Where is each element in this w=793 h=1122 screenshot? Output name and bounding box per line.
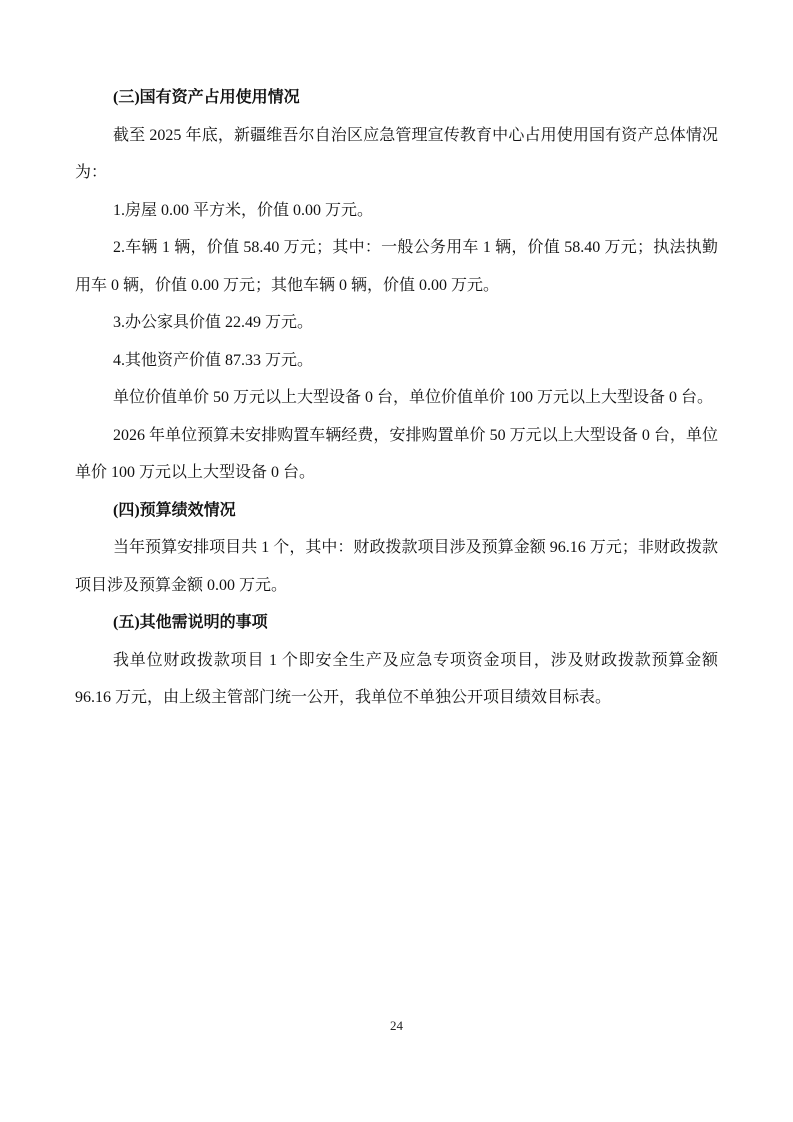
paragraph-vehicles: 2.车辆 1 辆，价值 58.40 万元；其中：一般公务用车 1 辆，价值 58…	[75, 229, 718, 304]
document-page: (三)国有资产占用使用情况 截至 2025 年底，新疆维吾尔自治区应急管理宣传教…	[0, 0, 793, 1122]
paragraph-office-furniture: 3.办公家具价值 22.49 万元。	[75, 304, 718, 342]
section-heading-state-assets: (三)国有资产占用使用情况	[75, 79, 718, 117]
paragraph-other-assets: 4.其他资产价值 87.33 万元。	[75, 342, 718, 380]
paragraph-assets-intro: 截至 2025 年底，新疆维吾尔自治区应急管理宣传教育中心占用使用国有资产总体情…	[75, 117, 718, 192]
paragraph-2026-budget-purchases: 2026 年单位预算未安排购置车辆经费，安排购置单价 50 万元以上大型设备 0…	[75, 417, 718, 492]
page-number: 24	[0, 1018, 793, 1034]
document-body: (三)国有资产占用使用情况 截至 2025 年底，新疆维吾尔自治区应急管理宣传教…	[75, 79, 718, 717]
paragraph-housing: 1.房屋 0.00 平方米，价值 0.00 万元。	[75, 192, 718, 230]
section-heading-budget-performance: (四)预算绩效情况	[75, 492, 718, 530]
paragraph-large-equipment: 单位价值单价 50 万元以上大型设备 0 台，单位价值单价 100 万元以上大型…	[75, 379, 718, 417]
paragraph-other-notes: 我单位财政拨款项目 1 个即安全生产及应急专项资金项目，涉及财政拨款预算金额 9…	[75, 642, 718, 717]
section-heading-other-notes: (五)其他需说明的事项	[75, 604, 718, 642]
paragraph-budget-performance: 当年预算安排项目共 1 个，其中：财政拨款项目涉及预算金额 96.16 万元；非…	[75, 529, 718, 604]
